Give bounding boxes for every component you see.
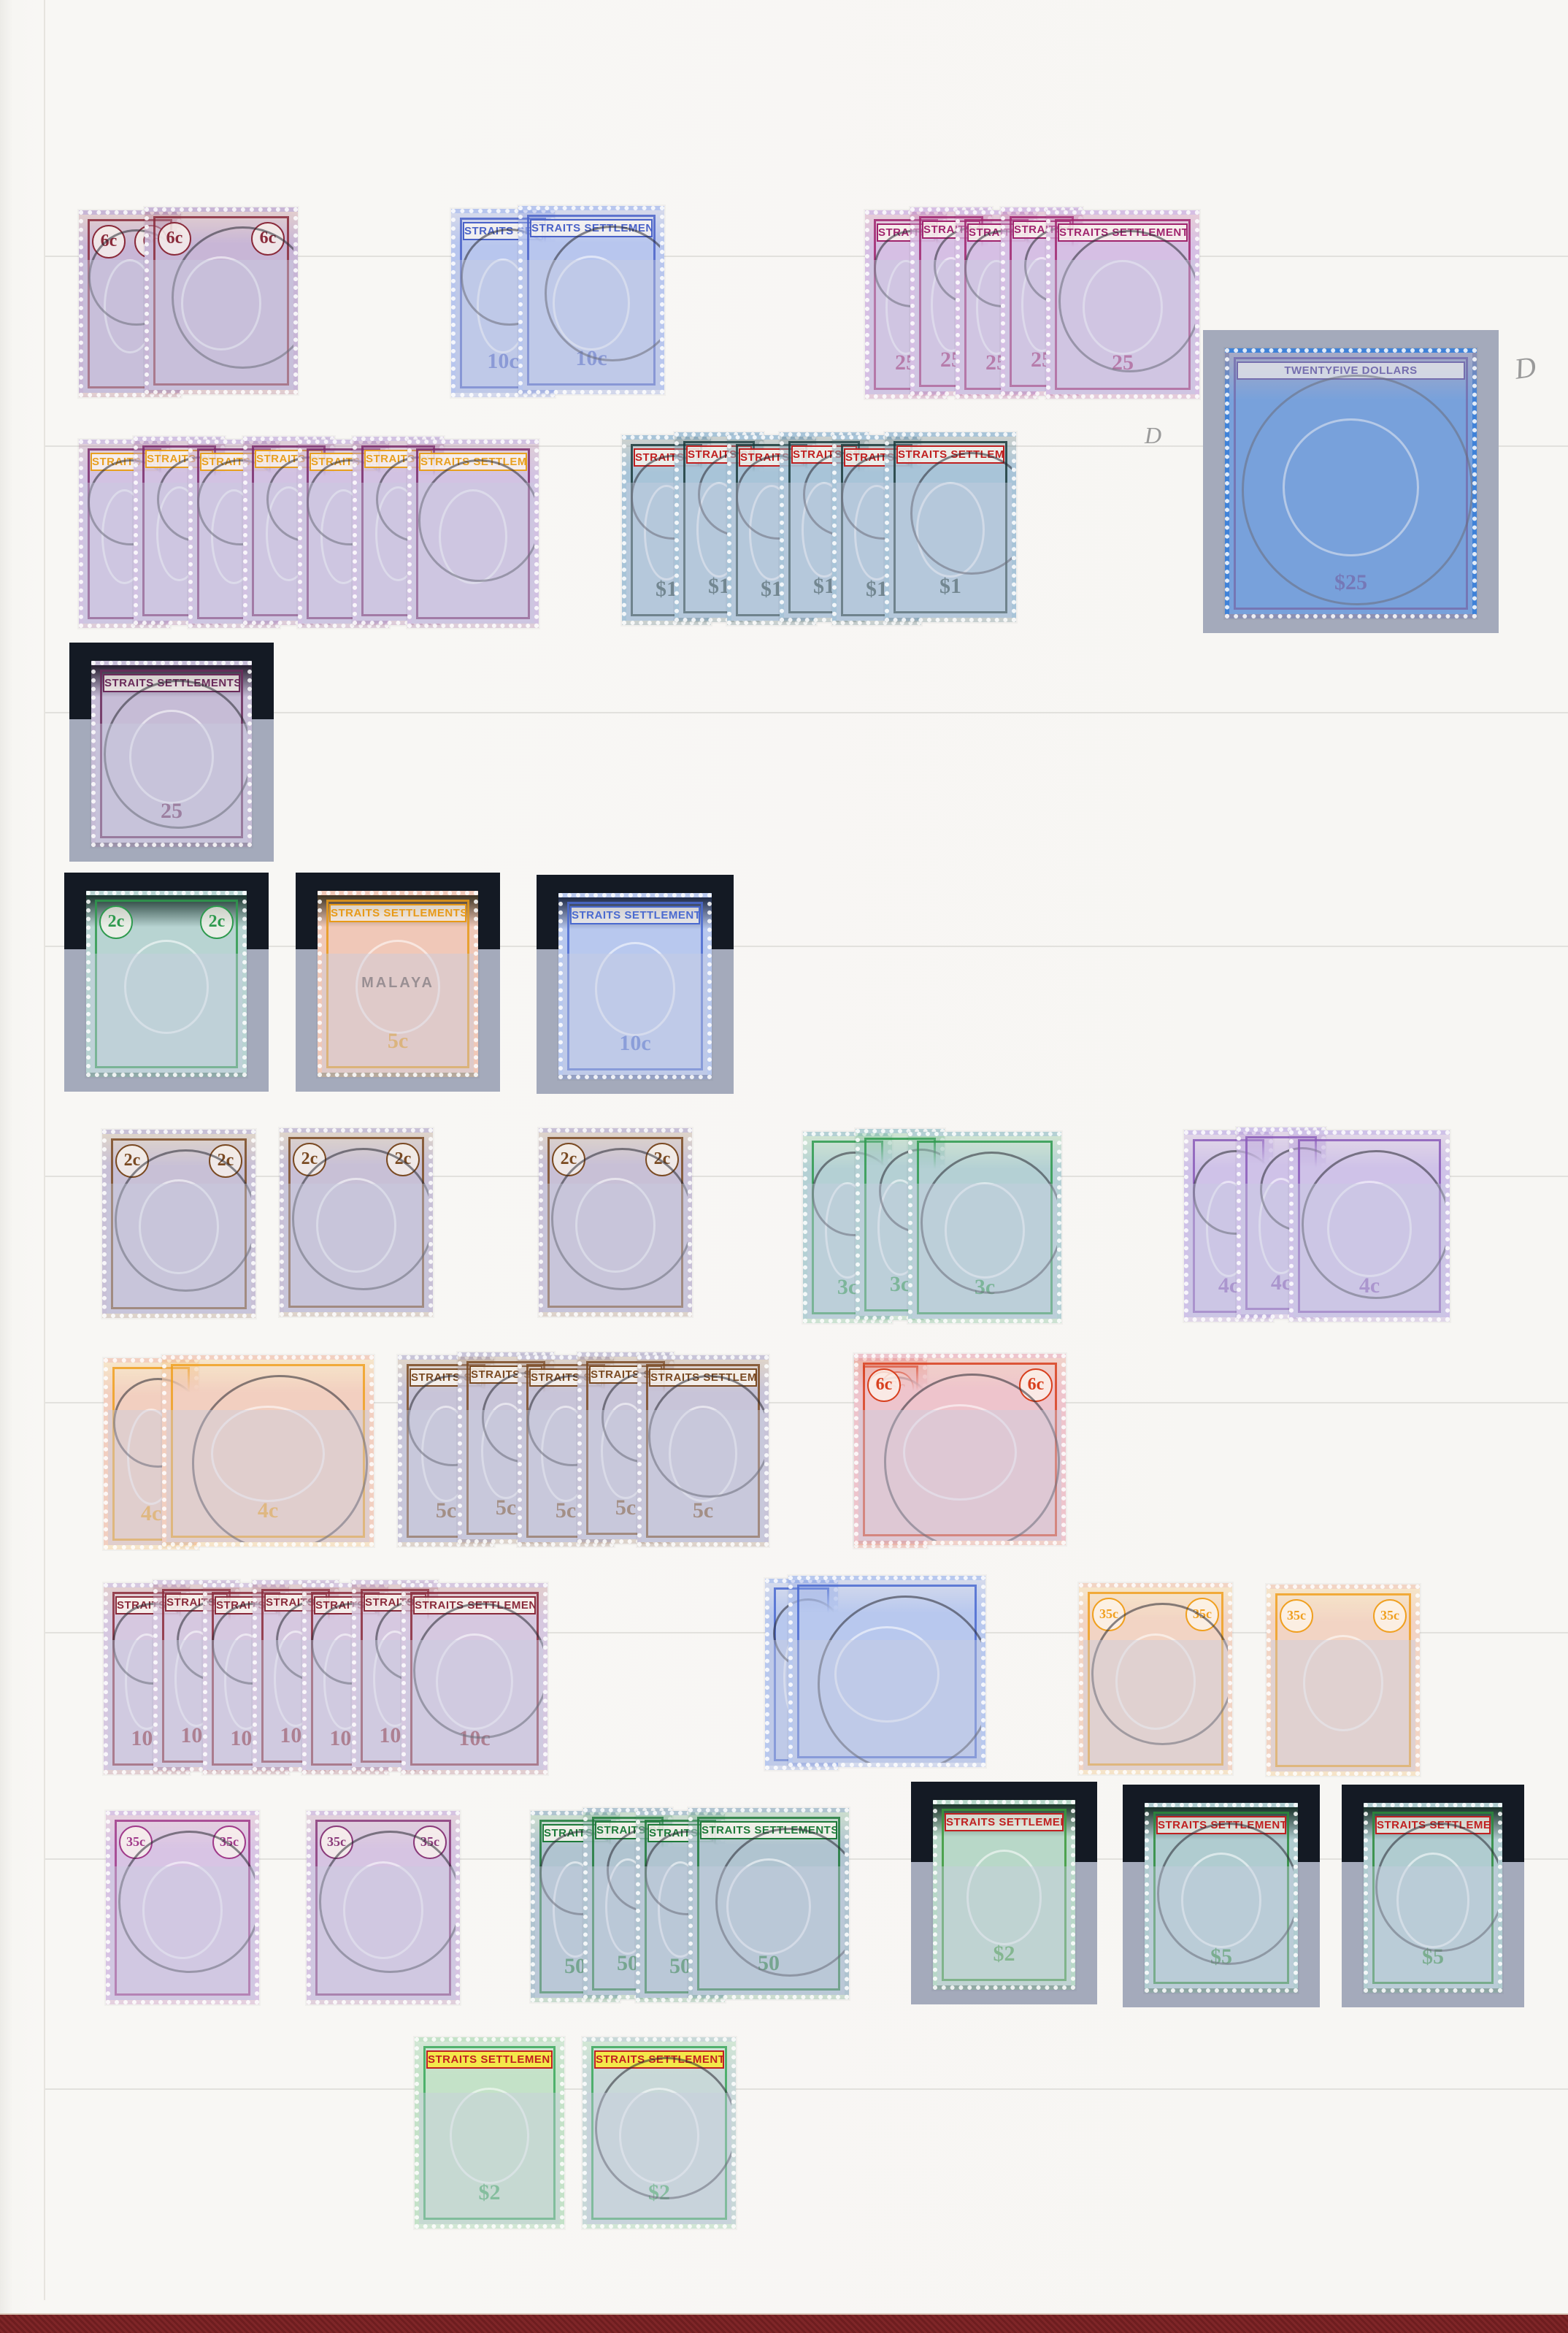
stamp: STRAITS SETTLEMENTS$5 [1364,1803,1502,1993]
stamp-country-label: STRAITS SETTLEMENTS [329,904,466,922]
glassine-overlay [166,1410,369,1542]
pencil-mark: D [1145,422,1161,449]
glassine-overlay [642,1410,764,1542]
stamp: STRAITS SETTLEMENTS5c [637,1355,769,1547]
stamp: STRAITS SETTLEMENTS$2 [583,2037,736,2229]
glassine-overlay [110,1866,255,2000]
glassine-overlay [1368,1866,1498,1988]
stamp: 2c2c [280,1128,433,1317]
stamp: STRAITS SETTLEMENTS$5 [1145,1803,1298,1993]
stamp: STRAITS SETTLEMENTS [407,440,539,628]
glassine-overlay [693,1866,845,1995]
glassine-overlay [523,260,660,390]
stamp-denomination: 2c [200,905,234,939]
album-cover-edge [0,2313,1568,2333]
glassine-overlay [912,1184,1057,1319]
stock-strip [45,946,1568,947]
glassine-overlay [284,1184,428,1312]
stamp: TWENTYFIVE DOLLARS$25 [1225,348,1477,618]
stamp-denomination: 6c [158,222,191,256]
stamp: STRAITS SETTLEMENTS25 [91,661,252,847]
glassine-overlay [412,483,534,624]
glassine-overlay [889,483,1012,618]
glassine-overlay [107,1184,251,1314]
stamp: 2c2c [102,1130,255,1318]
stamp: STRAITS SETTLEMENTS25 [1046,210,1199,399]
stamp: STRAITS SETTLEMENTS10c [401,1583,547,1774]
glassine-overlay [322,954,474,1073]
stamp: 3c [908,1132,1061,1323]
stamp: STRAITS SETTLEMENTS10c [518,206,664,394]
glassine-overlay [1149,1866,1294,1988]
stamp: STRAITS SETTLEMENTS$2 [933,1800,1075,1990]
stamp: 2c2c [539,1128,692,1317]
glassine-overlay [543,1184,688,1312]
stock-strip [45,2088,1568,2090]
glassine-overlay [563,954,707,1075]
stamp: 6c6c [854,1354,1066,1545]
glassine-overlay [1050,260,1195,394]
stamp: STRAITS SETTLEMENTS5cMALAYA [318,891,478,1077]
stamp: STRAITS SETTLEMENTS$1 [885,432,1016,622]
stamp-denomination: 6c [867,1368,901,1402]
stamp-country-label: STRAITS SETTLEMENTS [426,2050,553,2069]
glassine-overlay [406,1640,543,1770]
stamp: 35c35c [1079,1583,1232,1774]
stamp: 35c35c [1267,1585,1420,1776]
stamp: 2c2c [86,891,247,1077]
pencil-mark: D [1513,349,1538,386]
stamp-denomination: 35c [1280,1599,1313,1633]
stamp: 4c [162,1355,374,1547]
stamp: 35c35c [307,1811,460,2004]
glassine-overlay [937,1866,1071,1985]
stamp-denomination: 2c [99,905,133,939]
glassine-overlay [96,724,247,843]
glassine-overlay [149,260,293,390]
stamp: STRAITS SETTLEMENTS$2 [415,2037,564,2229]
glassine-overlay [1294,1184,1445,1317]
stamp-denomination: 35c [1373,1599,1407,1633]
stamp [788,1576,985,1767]
glassine-overlay [1271,1640,1415,1771]
glassine-overlay [419,2093,560,2224]
stamp: 35c35c [106,1811,259,2004]
stamp-country-label: STRAITS SETTLEMENTS [570,906,700,924]
glassine-overlay [858,1410,1061,1541]
glassine-overlay [1083,1640,1228,1770]
page-binding-edge [44,0,45,2300]
glassine-overlay [1229,353,1472,614]
stamp-country-label: STRAITS SETTLEMENTS [945,1813,1064,1831]
glassine-overlay [587,2093,731,2224]
stamp: 6c6c [145,207,298,394]
stamp: 4c [1289,1130,1450,1322]
glassine-overlay [91,954,242,1073]
stamp: STRAITS SETTLEMENTS50 [688,1808,849,1999]
glassine-overlay [793,1640,981,1763]
stamp: STRAITS SETTLEMENTS10c [558,893,712,1079]
glassine-overlay [311,1866,456,2000]
